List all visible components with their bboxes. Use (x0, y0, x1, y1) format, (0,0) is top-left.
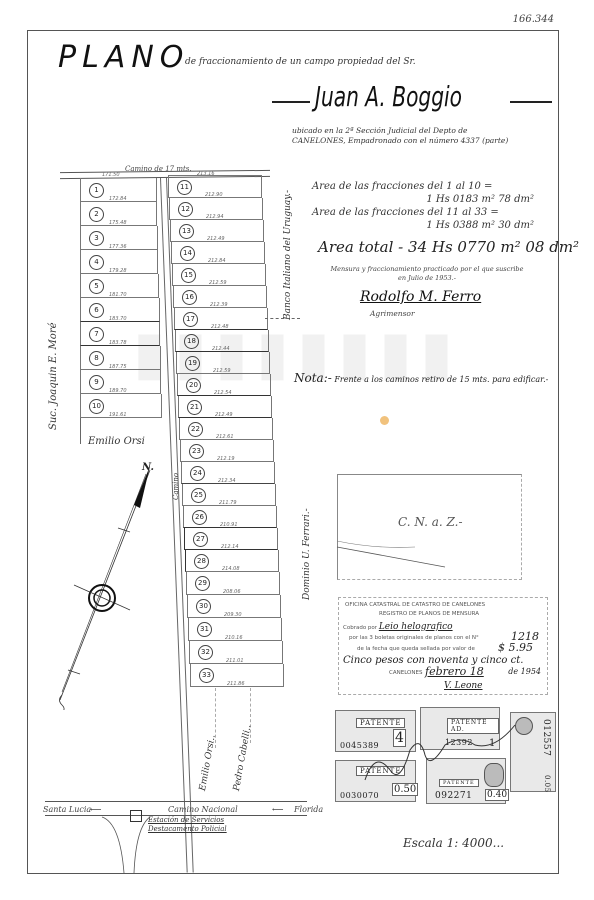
lot-22[interactable]: 22212.61 (179, 418, 273, 440)
location-line-2: CANELONES, Empadronado con el número 433… (292, 136, 552, 146)
lot-30[interactable]: 30209.30 (187, 595, 281, 618)
lot-31[interactable]: 31210.16 (188, 618, 282, 641)
lot-number: 1 (89, 183, 104, 198)
area-label-1-10: Area de las fracciones del 1 al 10 = (312, 180, 552, 193)
lot-number: 27 (193, 532, 208, 547)
stamp-value: 0.40 (485, 789, 509, 801)
north-label: N. (142, 462, 154, 473)
lot-6[interactable]: 6 183.70 (80, 298, 160, 322)
lot-14[interactable]: 14212.84 (171, 242, 265, 264)
lot-number: 18 (184, 334, 199, 349)
lot-number: 10 (89, 399, 104, 414)
lot-number: 24 (190, 466, 205, 481)
receipt-line-3-hand: Leio helografico (379, 622, 453, 632)
title-plano: PLANO (58, 40, 189, 75)
document-number: 166.344 (513, 14, 554, 25)
lot-measure: 191.61 (109, 412, 127, 418)
stamp-number: 0030070 (340, 791, 379, 800)
receipt-amount: $ 5.95 (498, 641, 533, 654)
lot-19[interactable]: 19212.59 (176, 352, 270, 374)
receipt-line-3-prefix: Cobrado por (343, 625, 377, 631)
survey-note: Mensura y fraccionamiento practicado por… (322, 265, 532, 283)
lot-number: 8 (89, 351, 104, 366)
lot-11[interactable]: 11212.90 (168, 176, 262, 198)
lot-2[interactable]: 2 175.48 (80, 202, 157, 226)
receipt-line-1: OFICINA CATASTRAL DE CATASTRO DE CANELON… (345, 602, 485, 608)
area-total: Area total - 34 Hs 0770 m² 08 dm² (318, 238, 579, 256)
top-road-label: Camino de 17 mts. (125, 165, 192, 173)
owner-dash-left (272, 101, 310, 103)
camino-nacional-line-top (45, 801, 307, 802)
lot-number: 6 (89, 303, 104, 318)
location-line-1: ubicado en la 2ª Sección Judicial del De… (292, 126, 552, 136)
receipt-date: febrero 18 (425, 665, 484, 678)
receipt-date-prefix: CANELONES (389, 670, 422, 676)
lot-number: 14 (180, 246, 195, 261)
neighbor-joaquin-more: Suc. Joaquin E. Moré (48, 322, 59, 430)
area-summary: Area de las fracciones del 1 al 10 = 1 H… (312, 180, 552, 232)
lot-32[interactable]: 32211.01 (189, 641, 283, 664)
lot-number: 11 (177, 180, 192, 195)
lot-27[interactable]: 27212.14 (184, 528, 278, 550)
lot-13[interactable]: 13212.49 (170, 220, 264, 242)
surveyor-signature: Rodolfo M. Ferro (360, 289, 481, 305)
lot-17[interactable]: 17212.48 (174, 308, 268, 330)
surveyor-title: Agrimensor (370, 309, 415, 318)
arrow-left-icon-2: ⟵ (272, 805, 283, 814)
lot-25[interactable]: 25211.79 (182, 484, 276, 506)
lot-measure: 211.86 (227, 681, 245, 687)
lot-9[interactable]: 9 189.70 (80, 370, 161, 394)
lot-18[interactable]: 18212.44 (175, 330, 269, 352)
registration-receipt: OFICINA CATASTRAL DE CATASTRO DE CANELON… (338, 597, 548, 695)
lot-number: 17 (183, 312, 198, 327)
lot-number: 23 (189, 444, 204, 459)
lot-number: 22 (188, 422, 203, 437)
lot-number: 16 (182, 290, 197, 305)
lot-26[interactable]: 26210.91 (183, 506, 277, 528)
lot-8[interactable]: 8 187.75 (80, 346, 161, 370)
lot-number: 33 (199, 668, 214, 683)
title-subtitle: de fraccionamiento de un campo propiedad… (185, 57, 416, 67)
lot-7[interactable]: 7 183.78 (80, 322, 160, 346)
receipt-line-5: de la fecha que queda sellada por valor … (357, 646, 475, 652)
lot-number: 9 (89, 375, 104, 390)
lot-21[interactable]: 21212.49 (178, 396, 272, 418)
lot-28[interactable]: 28214.08 (185, 550, 279, 572)
receipt-signature: V. Leone (444, 681, 483, 691)
florida-label: Florida (294, 805, 323, 814)
lot-number: 19 (185, 356, 200, 371)
lot-24[interactable]: 24212.34 (181, 462, 275, 484)
lot-20[interactable]: 20212.54 (177, 374, 271, 396)
receipt-year: de 1954 (508, 667, 541, 676)
camino-nacional-label: Camino Nacional (168, 805, 238, 814)
survey-note-line-1: Mensura y fraccionamiento practicado por… (322, 265, 532, 274)
lot-number: 13 (179, 224, 194, 239)
stamp-signature-scribble (355, 720, 545, 790)
certificate-handwriting: C. N. a. Z.- (398, 515, 463, 529)
lot-10[interactable]: 10 191.61 (80, 394, 162, 418)
lot-number: 29 (195, 576, 210, 591)
lot-top-line (168, 175, 262, 176)
lot-number: 7 (89, 327, 104, 342)
lot-3[interactable]: 3 177.36 (80, 226, 158, 250)
lot-4[interactable]: 4 179.28 (80, 250, 158, 274)
lots-left-column: 171.50 1 172.84 2 175.48 3 177.36 4 179.… (80, 178, 157, 418)
lot-number: 20 (186, 378, 201, 393)
lot-number: 28 (194, 554, 209, 569)
lot-1[interactable]: 1 172.84 (80, 178, 157, 202)
lot-29[interactable]: 29208.06 (186, 572, 280, 595)
area-value-11-33: 1 Hs 0388 m² 30 dm² (312, 219, 552, 232)
lot-number: 25 (191, 488, 206, 503)
stain-dot (380, 416, 389, 425)
lot-number: 2 (89, 207, 104, 222)
owner-name: Juan A. Boggio (315, 80, 462, 113)
side-road-curve (100, 815, 160, 873)
lot-number: 3 (89, 231, 104, 246)
receipt-line-4: por las 3 boletas originales de planos c… (349, 635, 479, 641)
dash-marker (265, 318, 300, 319)
lot-5[interactable]: 5 181.70 (80, 274, 159, 298)
lot-number: 31 (197, 622, 212, 637)
lot-number: 12 (178, 202, 193, 217)
neighbor-banco-italiano: Banco Italiano del Uruguay.- (283, 190, 293, 320)
lot-number: 4 (89, 255, 104, 270)
lot-33[interactable]: 33211.86 (190, 664, 284, 687)
lot-number: 5 (89, 279, 104, 294)
lot-23[interactable]: 23212.19 (180, 440, 274, 462)
lot-number: 21 (187, 400, 202, 415)
arrow-left-icon: ⟵ (90, 805, 101, 814)
stamp-number: 092271 (435, 791, 472, 801)
north-arrow-icon (40, 460, 170, 710)
neighbor-dominio-ferrari: Dominio U. Ferrari.- (302, 508, 312, 600)
lot-15[interactable]: 15212.59 (172, 264, 266, 286)
receipt-line-2: REGISTRO DE PLANOS DE MENSURA (379, 611, 479, 617)
left-boundary-tail (80, 418, 81, 444)
lot-number: 26 (192, 510, 207, 525)
lot-12[interactable]: 12212.94 (169, 198, 263, 220)
camino-label: Camino (172, 473, 180, 500)
neighbor-emilio-orsi: Emilio Orsi (88, 436, 145, 447)
lot-number: 15 (181, 268, 196, 283)
scale-label: Escala 1: 4000... (403, 836, 504, 850)
lot-number: 30 (196, 599, 211, 614)
santa-lucia-label: Santa Lucia (43, 805, 91, 814)
location-text: ubicado en la 2ª Sección Judicial del De… (292, 126, 552, 146)
swoosh-mark-icon (335, 535, 455, 575)
lot-number: 32 (198, 645, 213, 660)
area-value-1-10: 1 Hs 0183 m² 78 dm² (312, 193, 552, 206)
area-label-11-33: Area de las fracciones del 11 al 33 = (312, 206, 552, 219)
survey-note-line-2: en Julio de 1953.- (322, 274, 532, 283)
owner-dash-right (510, 101, 552, 103)
lot-16[interactable]: 16212.39 (173, 286, 267, 308)
